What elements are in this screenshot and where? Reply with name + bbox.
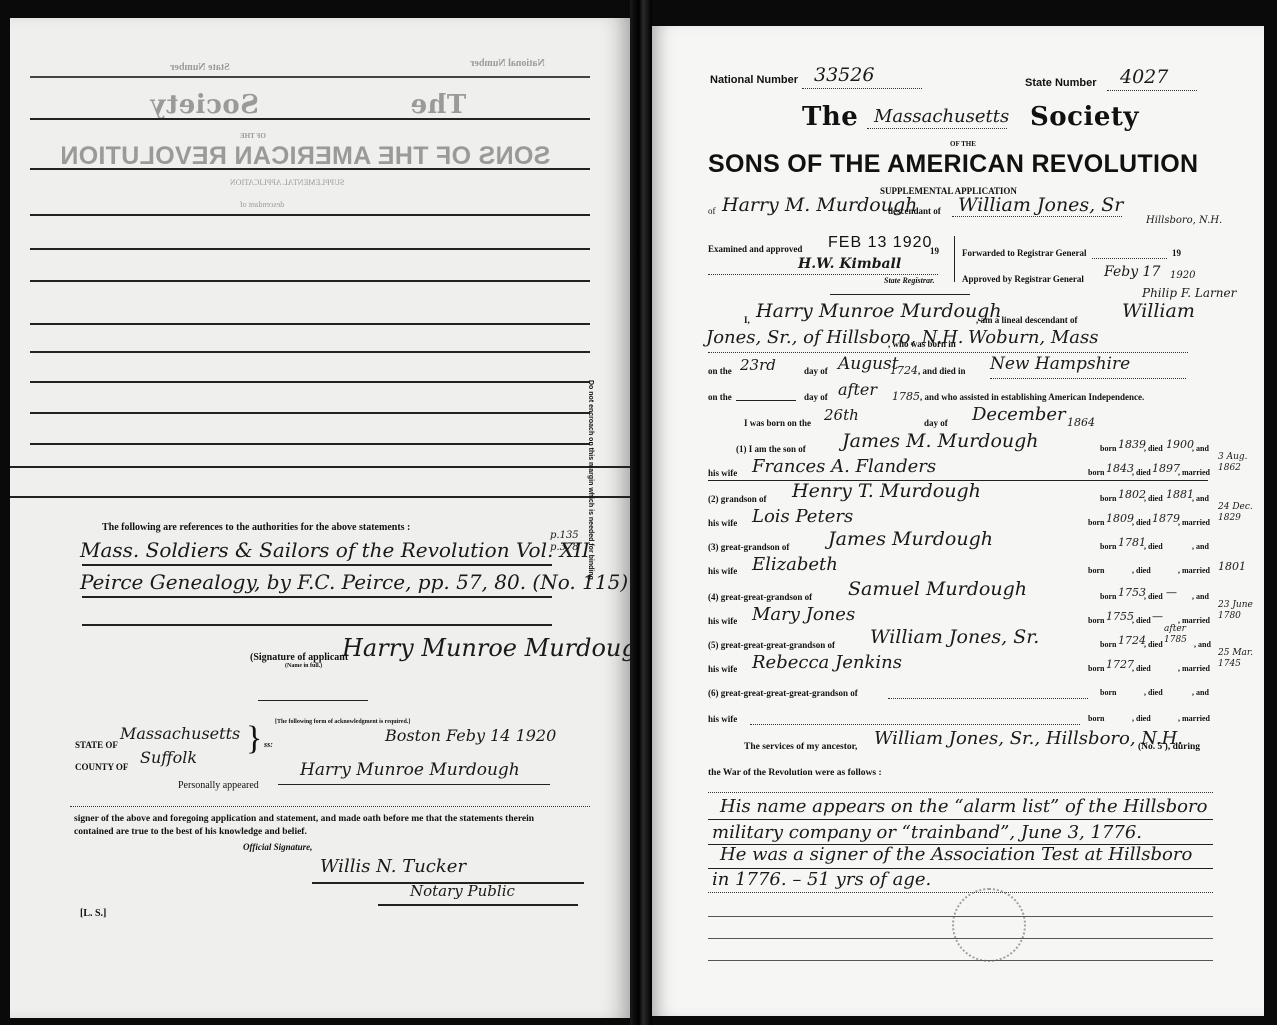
title-the: The — [802, 102, 858, 132]
lineage-born: 1802 — [1118, 488, 1146, 501]
divider — [30, 76, 590, 78]
assisted-label: , and who assisted in establishing Ameri… — [920, 392, 1144, 402]
lineage-num: (1) — [736, 444, 747, 454]
mirrored-form-type: SUPPLEMENTAL APPLICATION — [230, 178, 344, 187]
lineage-born: 1839 — [1118, 438, 1146, 451]
lineage-relation: great-great-great-great-grandson of — [721, 688, 858, 698]
i-was-born-label: I was born on the — [744, 418, 811, 428]
divider — [10, 496, 630, 498]
appeared-name: Harry Munroe Murdough — [300, 760, 520, 780]
born-label: born — [1088, 616, 1104, 625]
services-label: The services of my ancestor, — [744, 742, 857, 752]
divider — [990, 378, 1186, 379]
national-number: 33526 — [814, 64, 874, 86]
divider — [70, 806, 590, 807]
died-label: , died — [1132, 616, 1151, 625]
org-name: SONS OF THE AMERICAN REVOLUTION — [708, 150, 1198, 179]
county-label: COUNTY OF — [75, 762, 128, 772]
died-in-place: New Hampshire — [990, 354, 1130, 374]
born-label: born — [1100, 444, 1116, 453]
divider — [30, 118, 590, 120]
ancestor-death-month: after — [838, 380, 877, 399]
notary-signature: Willis N. Tucker — [320, 856, 466, 877]
lineage-born: 1781 — [1118, 536, 1146, 549]
blank-death-day — [736, 400, 796, 401]
lineage-relation: great-great-grandson of — [721, 592, 812, 602]
and-label: , and — [1192, 592, 1209, 601]
county-value: Suffolk — [140, 748, 197, 767]
book-gutter — [630, 0, 652, 1025]
on-the-label: on the — [708, 366, 732, 376]
his-wife-label: his wife — [708, 714, 737, 724]
divider — [258, 700, 368, 701]
wife-died: — — [1152, 610, 1163, 623]
day-of-label: day of — [804, 366, 828, 376]
mirrored-descendant-of: descendant of — [240, 200, 284, 209]
state-label: STATE OF — [75, 740, 118, 750]
born-label: born — [1100, 688, 1116, 697]
lineage-relation: I am the son of — [749, 444, 806, 454]
services-ancestor: William Jones, Sr., Hillsboro, N.H. — [874, 728, 1183, 749]
lineage-born: 1724 — [1118, 634, 1146, 647]
divider — [30, 323, 590, 325]
lineage-relation: grandson of — [721, 494, 767, 504]
i-label: I, — [744, 315, 750, 325]
day-of-label-2: day of — [804, 392, 828, 402]
divider — [30, 280, 590, 282]
divider — [867, 128, 1007, 129]
lineage-num: (5) — [708, 640, 719, 650]
mirrored-of-the: OF THE — [240, 132, 266, 140]
his-wife-label: his wife — [708, 468, 737, 478]
divider — [30, 351, 590, 353]
war-label: the War of the Revolution were as follow… — [708, 768, 882, 778]
born-label: born — [1100, 592, 1116, 601]
divider — [830, 294, 970, 295]
lineage-num: (4) — [708, 592, 719, 602]
services-line-3: He was a signer of the Association Test … — [720, 844, 1192, 865]
his-wife-label: his wife — [708, 664, 737, 674]
married-label: , married — [1178, 518, 1210, 527]
and-label: , and — [1192, 688, 1209, 697]
applicant-signature: Harry Munroe Murdough — [342, 634, 630, 662]
lineage-died: after 1785 — [1164, 624, 1194, 646]
vertical-divider — [954, 236, 955, 282]
reference-page-2: p.378 — [550, 542, 579, 553]
services-line-4: in 1776. – 51 yrs of age. — [712, 869, 931, 890]
lineage-died: 1881 — [1166, 488, 1194, 501]
died-label: , died — [1144, 542, 1163, 551]
married-date: 1801 — [1218, 560, 1246, 573]
lineage-name: James Murdough — [828, 528, 993, 550]
mirrored-state-number-label: State Number — [170, 62, 230, 73]
divider — [708, 274, 938, 275]
day-of-label-3: day of — [924, 418, 948, 428]
lineage-num: (6) — [708, 688, 719, 698]
divider — [708, 960, 1213, 961]
wife-born: 1843 — [1106, 462, 1134, 475]
year-suffix: 19 — [930, 246, 939, 256]
his-wife-label: his wife — [708, 616, 737, 626]
divider — [30, 248, 590, 250]
reference-2: Peirce Genealogy, by F.C. Peirce, pp. 57… — [80, 570, 630, 594]
lineage-name: Henry T. Murdough — [792, 480, 981, 502]
applicant-birth-month: December — [972, 404, 1066, 425]
his-wife-label: his wife — [708, 566, 737, 576]
divider — [1092, 258, 1167, 259]
state-number: 4027 — [1120, 66, 1168, 88]
died-label: , died — [1132, 664, 1151, 673]
died-label: , died — [1132, 518, 1151, 527]
married-date: 3 Aug. 1862 — [1218, 452, 1258, 474]
examined-label: Examined and approved — [708, 244, 802, 254]
divider — [82, 564, 552, 566]
divider — [82, 596, 552, 598]
lineage-wife: Lois Peters — [752, 506, 853, 527]
applicant-birth-year: 1864 — [1067, 416, 1095, 429]
divider — [708, 819, 1213, 820]
divider — [30, 412, 590, 414]
examined-date-stamp: FEB 13 1920 — [828, 234, 932, 252]
signature-sublabel: (Name in full.) — [285, 663, 322, 669]
died-label: , died — [1132, 714, 1151, 723]
born-label: born — [1088, 664, 1104, 673]
born-label: born — [1100, 494, 1116, 503]
wife-died: 1879 — [1152, 512, 1180, 525]
born-in-label: , who was born in — [888, 339, 956, 349]
lineage-name: James M. Murdough — [842, 430, 1039, 452]
born-label: born — [1088, 714, 1104, 723]
state-value: Massachusetts — [120, 724, 240, 743]
divider — [30, 443, 590, 445]
divider — [708, 352, 1188, 353]
born-label: born — [1088, 518, 1104, 527]
and-label: , and — [1192, 542, 1209, 551]
died-label: , died — [1144, 640, 1163, 649]
right-page: National Number 33526 State Number 4027 … — [652, 26, 1264, 1016]
lineage-born: 1753 — [1118, 586, 1146, 599]
mirrored-the: The — [410, 90, 466, 120]
mirrored-national-number-label: National Number — [470, 58, 545, 69]
official-signature-label: Official Signature, — [243, 842, 312, 852]
married-date: 24 Dec. 1829 — [1218, 502, 1258, 524]
lineal-descendant-label: , am a lineal descendant of — [976, 315, 1078, 325]
lineage-name: Samuel Murdough — [848, 578, 1027, 600]
applicant-birth-day: 26th — [824, 406, 859, 424]
lineage-relation: great-grandson of — [721, 542, 790, 552]
reference-page-1: p.135 — [550, 530, 579, 541]
died-label: , died — [1144, 494, 1163, 503]
lineage-wife: Rebecca Jenkins — [752, 652, 902, 673]
born-label: born — [1088, 468, 1104, 477]
lineage-died: — — [1166, 586, 1177, 599]
lineage-wife: Elizabeth — [752, 554, 838, 575]
oath-text-2: contained are true to the best of his kn… — [74, 827, 307, 837]
died-label: , died — [1144, 444, 1163, 453]
divider — [1107, 90, 1197, 91]
ss-label: ss: — [264, 740, 273, 749]
married-label: , married — [1178, 566, 1210, 575]
mirrored-society: Society — [150, 90, 259, 120]
services-line-1: His name appears on the “alarm list” of … — [720, 796, 1207, 817]
left-page: National Number State Number The Society… — [10, 18, 630, 1018]
embossed-seal-stamp — [952, 888, 1026, 962]
divider — [30, 214, 590, 216]
national-number-label: National Number — [710, 74, 798, 86]
lineage-died: 1900 — [1166, 438, 1194, 451]
divider — [802, 88, 922, 89]
mirrored-org-name: SONS OF THE AMERICAN REVOLUTION — [60, 142, 550, 171]
wife-born: 1755 — [1106, 610, 1134, 623]
died-label: , died — [1132, 468, 1151, 477]
state-number-label: State Number — [1025, 77, 1097, 89]
notary-title: Notary Public — [410, 882, 515, 900]
wife-died: 1897 — [1152, 462, 1180, 475]
lineage-name: William Jones, Sr. — [870, 626, 1039, 648]
blank-name-line — [888, 698, 1088, 699]
ancestor-short-name: William Jones, Sr — [958, 194, 1123, 216]
signature-label: (Signature of applicant — [250, 652, 348, 663]
services-number: (No. 5 ), during — [1138, 742, 1200, 752]
ancestor-birth-year: 1724 — [890, 364, 918, 377]
ancestor-place: Hillsboro, N.H. — [1146, 215, 1222, 226]
registrar-general-signature: Philip F. Larner — [1142, 286, 1236, 300]
born-label: born — [1100, 640, 1116, 649]
married-label: , married — [1178, 714, 1210, 723]
state-registrar-label: State Registrar. — [884, 276, 935, 285]
of-label: of — [708, 206, 716, 216]
lineage-wife: Frances A. Flanders — [752, 456, 936, 477]
married-label: , married — [1178, 664, 1210, 673]
divider — [278, 784, 550, 785]
state-registrar-signature: H.W. Kimball — [798, 256, 901, 272]
applicant-full-name: Harry Munroe Murdough — [756, 300, 1002, 322]
and-label: , and — [1192, 494, 1209, 503]
wife-born: 1727 — [1106, 658, 1134, 671]
lineage-num: (2) — [708, 494, 719, 504]
divider — [30, 381, 590, 383]
died-label: , died — [1144, 688, 1163, 697]
died-in-label: , and died in — [918, 366, 966, 376]
born-label: born — [1100, 542, 1116, 551]
married-date: 23 June 1780 — [1218, 600, 1258, 622]
acknowledgment-note: [The following form of acknowledgment is… — [275, 719, 410, 725]
blank-wife-line — [750, 724, 1080, 725]
divider — [30, 168, 590, 170]
services-line-2: military company or “trainband”, June 3,… — [712, 822, 1142, 843]
divider — [378, 904, 578, 906]
reference-1: Mass. Soldiers & Sailors of the Revoluti… — [80, 538, 590, 562]
descendant-of-label: descendant of — [888, 206, 941, 216]
died-label: , died — [1132, 566, 1151, 575]
of-the-label: OF THE — [950, 140, 976, 148]
ancestor-line1: William — [1122, 300, 1195, 322]
forwarded-year-suffix: 19 — [1172, 248, 1181, 258]
divider — [10, 466, 630, 468]
married-date: 25 Mar. 1745 — [1218, 648, 1258, 670]
oath-text-1: signer of the above and foregoing applic… — [74, 814, 534, 824]
divider — [708, 792, 1213, 793]
approved-year: 1920 — [1170, 270, 1195, 281]
place-date: Boston Feby 14 1920 — [385, 726, 556, 745]
wife-born: 1809 — [1106, 512, 1134, 525]
approved-label: Approved by Registrar General — [962, 274, 1084, 284]
born-in-place: Woburn, Mass — [968, 327, 1099, 348]
died-label: , died — [1144, 592, 1163, 601]
title-state: Massachusetts — [874, 106, 1009, 127]
seal-label: [L. S.] — [80, 908, 106, 919]
references-label: The following are references to the auth… — [102, 522, 410, 533]
born-label: born — [1088, 566, 1104, 575]
appeared-label: Personally appeared — [178, 780, 259, 791]
divider — [952, 216, 1122, 217]
divider — [82, 624, 552, 626]
lineage-num: (3) — [708, 542, 719, 552]
ancestor-birth-day: 23rd — [740, 356, 776, 374]
ancestor-death-year: 1785 — [892, 390, 920, 403]
title-society: Society — [1030, 102, 1139, 132]
his-wife-label: his wife — [708, 518, 737, 528]
and-label: , and — [1194, 640, 1211, 649]
and-label: , and — [1192, 444, 1209, 453]
approved-date: Feby 17 — [1104, 264, 1160, 280]
lineage-wife: Mary Jones — [752, 604, 855, 625]
forwarded-label: Forwarded to Registrar General — [962, 248, 1087, 258]
married-label: , married — [1178, 468, 1210, 477]
brace: } — [246, 722, 262, 756]
on-the-label-2: on the — [708, 392, 732, 402]
divider — [708, 892, 1213, 893]
lineage-relation: great-great-great-grandson of — [721, 640, 835, 650]
